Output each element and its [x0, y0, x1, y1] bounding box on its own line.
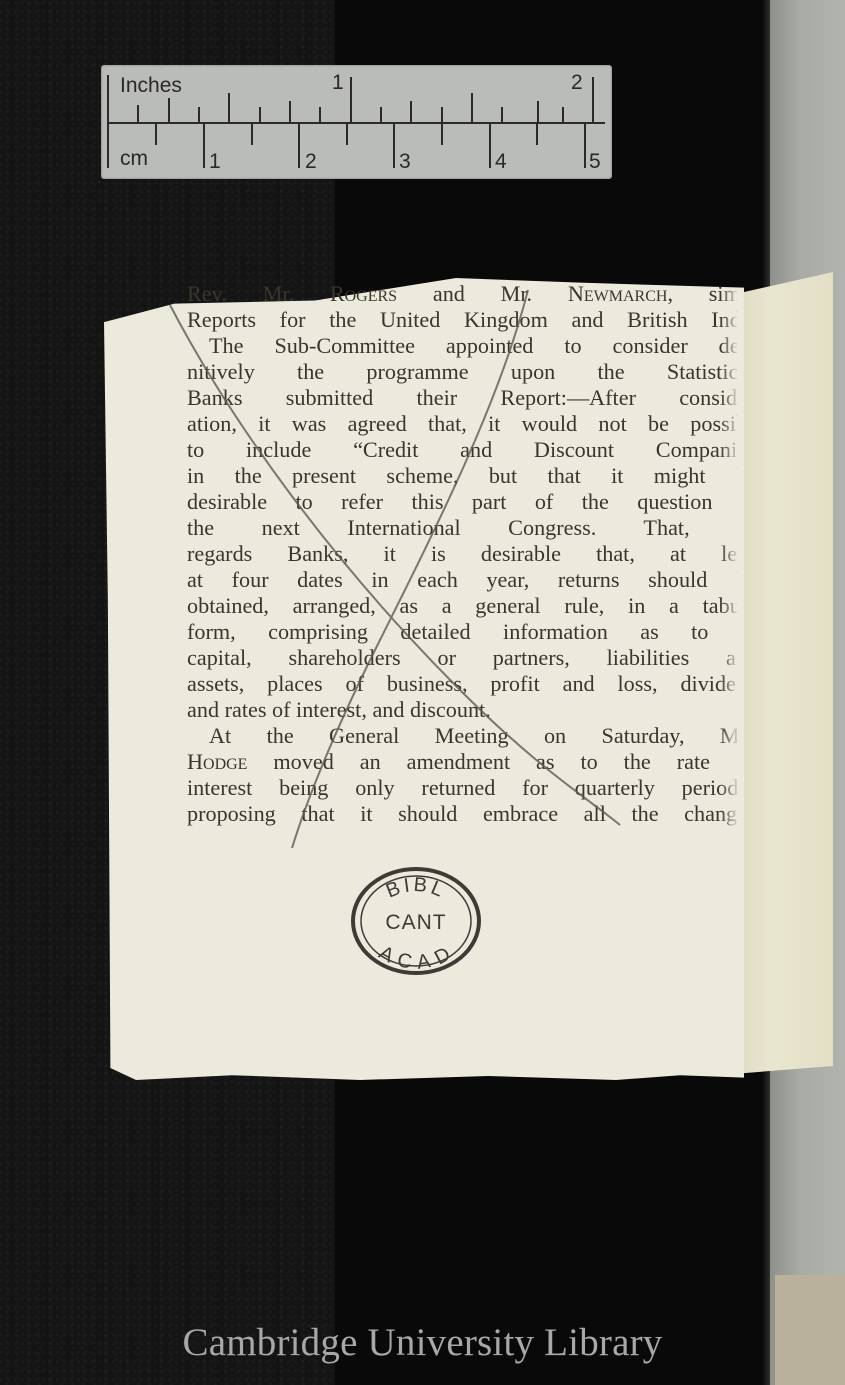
text-line-6: ation, it was agreed that, it would not … — [187, 411, 737, 437]
text-line-17: and rates of interest, and discount. — [187, 697, 737, 723]
text-line-2: Reports for the United Kingdom and Briti… — [187, 307, 737, 333]
text-line-4: nitively the programme upon the Statisti… — [187, 359, 737, 385]
ruler-cm-mark-1: 1 — [209, 150, 221, 174]
text-line-19: Hodge moved an amendment as to the rate … — [187, 749, 737, 775]
stamp-text-middle: CANT — [385, 911, 446, 934]
text-line-3: The Sub-Committee appointed to consider … — [187, 333, 737, 359]
text-line-21: proposing that it should embrace all the… — [187, 801, 737, 827]
stamp-text-top: BIBL — [383, 874, 449, 903]
text-line-20: interest being only returned for quarter… — [187, 775, 737, 801]
text-line-15: capital, shareholders or partners, liabi… — [187, 645, 737, 671]
text-line-12: at four dates in each year, returns shou… — [187, 567, 737, 593]
text-line-9: desirable to refer this part of the ques… — [187, 489, 737, 515]
ruler-cm-label: cm — [120, 147, 148, 171]
text-line-13: obtained, arranged, as a general rule, i… — [187, 593, 737, 619]
paper-tab-flap — [733, 272, 833, 1074]
ruler-cm-mark-4: 4 — [495, 150, 507, 174]
text-line-8: in the present scheme, but that it might… — [187, 463, 737, 489]
ruler-cm-mark-3: 3 — [399, 150, 411, 174]
text-line-11: regards Banks, it is desirable that, at … — [187, 541, 737, 567]
text-line-14: form, comprising detailed information as… — [187, 619, 737, 645]
text-line-7: to include “Credit and Discount Companie — [187, 437, 737, 463]
scale-ruler: Inches 1 2 cm 1 2 3 4 5 — [101, 65, 612, 179]
ruler-inch-mark-2: 2 — [571, 71, 583, 95]
ruler-cm-mark-5: 5 — [589, 150, 601, 174]
library-stamp: BIBL CANT ACAD — [351, 866, 481, 976]
text-line-18: At the General Meeting on Saturday, Mr — [187, 723, 737, 749]
text-line-1: Rev. Mr. Rogers and Mr. Newmarch, simi — [187, 281, 737, 307]
text-line-16: assets, places of business, profit and l… — [187, 671, 737, 697]
library-watermark: Cambridge University Library — [0, 1320, 845, 1365]
ruler-cm-mark-2: 2 — [305, 150, 317, 174]
ruler-inch-mark-1: 1 — [332, 71, 344, 95]
text-edge-fade — [720, 290, 740, 830]
text-line-5: Banks submitted their Report:—After cons… — [187, 385, 737, 411]
clipping-text: Rev. Mr. Rogers and Mr. Newmarch, simi R… — [187, 281, 737, 841]
ruler-inches-label: Inches — [120, 74, 182, 98]
text-line-10: the next International Congress. That, a — [187, 515, 737, 541]
